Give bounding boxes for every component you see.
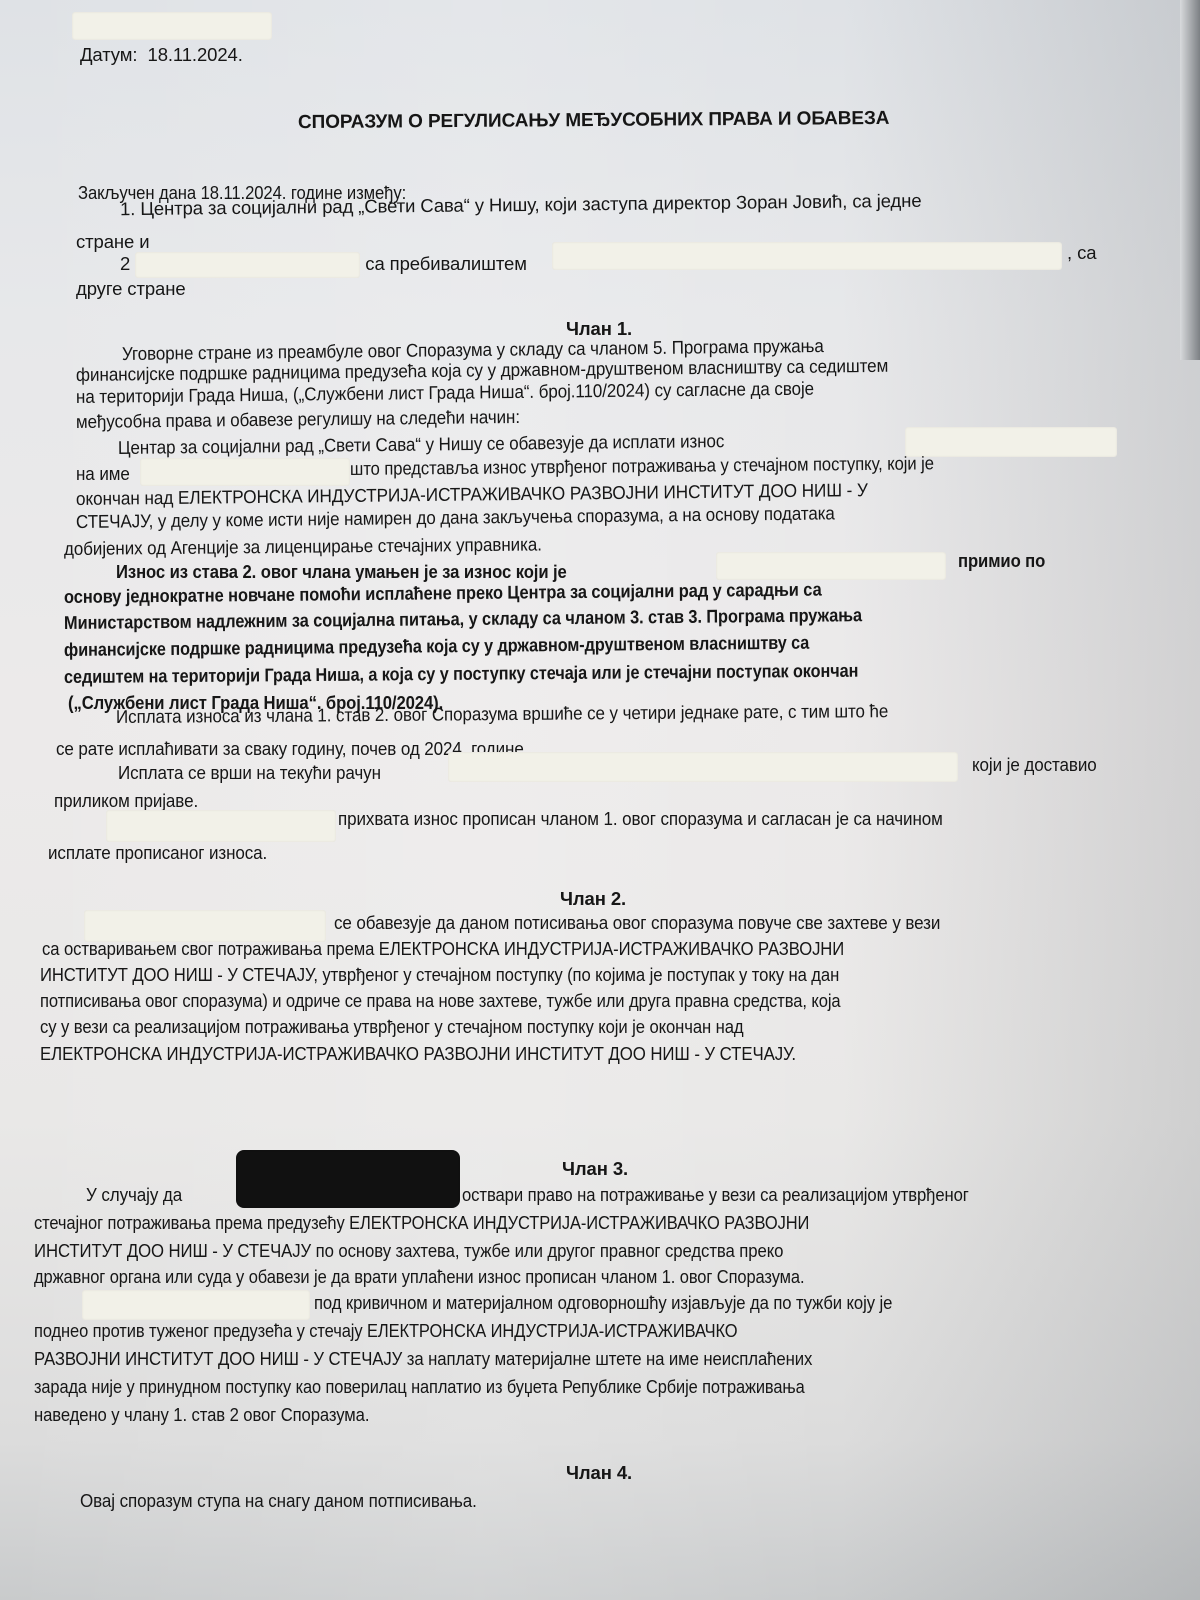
article1-payment-line: Исплата се врши на текући рачун — [118, 762, 381, 784]
article1-line: међусобна права и обавезе регулишу на сл… — [76, 406, 520, 433]
article1-bold-line: седиштем на територији Града Ниша, а кој… — [64, 660, 858, 688]
article3-line: оствари право на потраживање у вези са р… — [462, 1184, 969, 1206]
article3-line: У случају да — [86, 1184, 182, 1206]
redaction-block — [448, 752, 958, 782]
article2-line: су у вези са реализацијом потраживања ут… — [40, 1016, 744, 1038]
article1-payment-line: исплате прописаног износа. — [48, 842, 267, 864]
redaction-block — [552, 242, 1062, 270]
party2-line1: 2 са пребивалиштем — [120, 252, 527, 278]
article3-line: стечајног потраживања према предузећу ЕЛ… — [34, 1212, 809, 1234]
redaction-block — [82, 1290, 310, 1320]
redaction-block — [140, 458, 350, 486]
article3-line: поднео против туженог предузећа у стечај… — [34, 1320, 738, 1342]
article4-heading: Члан 4. — [566, 1462, 632, 1484]
date-line: Датум: 18.11.2024. — [80, 44, 243, 66]
article4-line: Овај споразум ступа на снагу даном потпи… — [80, 1490, 477, 1512]
article1-bold-line: Министарством надлежним за социјална пит… — [64, 604, 862, 634]
redaction-block — [106, 810, 336, 842]
article1-bold-line: финансијске подршке радницима предузећа … — [64, 632, 809, 661]
article3-line: ИНСТИТУТ ДОО НИШ - У СТЕЧАЈУ по основу з… — [34, 1240, 783, 1262]
party1-line2: стране и — [76, 231, 149, 253]
article3-line: наведено у члану 1. став 2 овог Споразум… — [34, 1404, 369, 1426]
redaction-block — [716, 552, 946, 580]
article3-line: државног органа или суда у обавези је да… — [34, 1266, 804, 1288]
article1-payment-line: прихвата износ прописан чланом 1. овог с… — [338, 808, 943, 830]
article2-line: ЕЛЕКТРОНСКА ИНДУСТРИЈА-ИСТРАЖИВАЧКО РАЗВ… — [40, 1043, 796, 1065]
date-value: 18.11.2024. — [148, 44, 243, 65]
article1-payment-line: Исплата износа из члана 1. став 2. овог … — [116, 700, 888, 728]
date-label: Датум: — [80, 44, 137, 65]
article3-heading: Члан 3. — [562, 1158, 628, 1180]
article3-line: зарада није у принудном поступку као пов… — [34, 1376, 805, 1398]
redaction-block — [905, 427, 1117, 457]
party2-line2: друге стране — [76, 278, 186, 300]
page-edge-shadow — [1180, 0, 1200, 360]
redaction-block — [72, 12, 272, 40]
article2-line: потписивања овог споразума) и одриче се … — [40, 990, 841, 1012]
article2-line: са остваривањем свог потраживања према Е… — [42, 938, 844, 960]
redaction-block-black — [236, 1150, 460, 1208]
article1-line: што представља износ утврђеног потражива… — [350, 452, 934, 480]
article1-payment-line: који је доставио — [972, 754, 1097, 776]
article3-line: РАЗВОЈНИ ИНСТИТУТ ДОО НИШ - У СТЕЧАЈУ за… — [34, 1348, 812, 1370]
redaction-block — [135, 252, 360, 278]
article2-heading: Члан 2. — [560, 888, 626, 910]
article1-line: на име — [76, 463, 130, 485]
article3-line: под кривичном и материјалном одговорношћ… — [314, 1292, 892, 1314]
document-title: СПОРАЗУМ О РЕГУЛИСАЊУ МЕЂУСОБНИХ ПРАВА И… — [298, 108, 890, 134]
article1-bold-line: Износ из става 2. овог члана умањен је з… — [116, 561, 567, 583]
article1-payment-line: приликом пријаве. — [54, 790, 198, 812]
article1-line: добијених од Агенције за лиценцирање сте… — [64, 533, 542, 560]
party2-suffix: , са — [1067, 242, 1096, 264]
article2-line: се обавезује да даном потисивања овог сп… — [334, 912, 940, 934]
article2-line: ИНСТИТУТ ДОО НИШ - У СТЕЧАЈУ, утврђеног … — [40, 964, 839, 986]
article1-bold-line: примио по — [958, 550, 1045, 572]
